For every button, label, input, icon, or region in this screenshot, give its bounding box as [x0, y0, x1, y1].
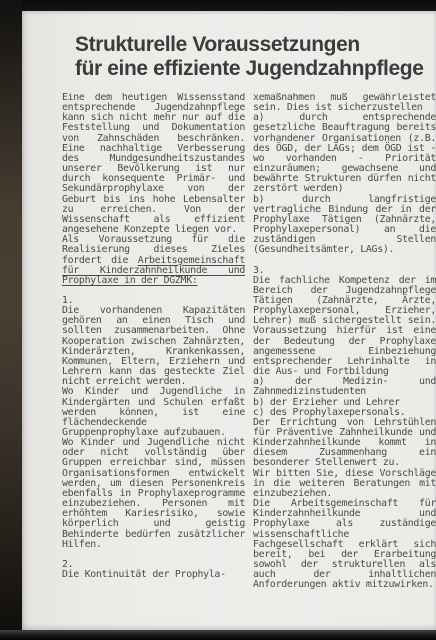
paragraph: Der Errichtung von Lehrstühlen für Präve… [253, 418, 436, 469]
paragraph: Wo Kinder und Jugendliche nicht oder nic… [62, 438, 245, 550]
scan-bottom-band [0, 630, 436, 640]
two-column-body: Eine dem heutigen Wissensstand entsprech… [62, 93, 436, 631]
paragraph: Die fachliche Kompetenz der im Bereich d… [253, 276, 436, 378]
paragraph: Wo Kinder und Jugendliche in Kindergärte… [62, 387, 245, 438]
paragraph: a) durch entsprechende gesetzliche Beauf… [253, 113, 436, 194]
right-column: xemaßnahmen muß gewährleistet sein. Dies… [253, 93, 436, 631]
paragraph: Die Arbeitsgemeinschaft für Kinderzahnhe… [253, 499, 436, 590]
left-column: Eine dem heutigen Wissensstand entsprech… [62, 93, 245, 631]
paragraph: a) der Medizin- und Zahnmedizinstudenten [253, 377, 436, 397]
scanned-document-photo: Strukturelle Voraussetzungen für eine ef… [0, 0, 436, 640]
page-title-line1: Strukturelle Voraussetzungen [75, 33, 423, 57]
paragraph: Die vorhandenen Kapazitäten gehören an e… [62, 306, 245, 387]
paragraph: b) durch langfristige vertragliche Bindu… [253, 195, 436, 256]
paragraph: Wir bitten Sie, diese Vorschläge in die … [253, 469, 436, 499]
paragraph: Als Voraussetzung für die Realisierung d… [62, 235, 245, 286]
document-page: Strukturelle Voraussetzungen für eine ef… [22, 11, 436, 630]
paragraph: Eine dem heutigen Wissensstand entsprech… [62, 93, 245, 235]
scan-top-band [0, 0, 436, 11]
scan-left-edge-strip [0, 0, 22, 640]
paragraph: Die Kontinuität der Prophyla- [62, 570, 245, 580]
page-title: Strukturelle Voraussetzungen für eine ef… [75, 33, 423, 80]
underlined-text: Arbeitsgemeinschaft für Kinderzahnheilku… [62, 255, 245, 286]
page-title-line2: für eine effiziente Jugendzahnpflege [75, 57, 423, 81]
paragraph: xemaßnahmen muß gewährleistet sein. Dies… [253, 93, 436, 113]
